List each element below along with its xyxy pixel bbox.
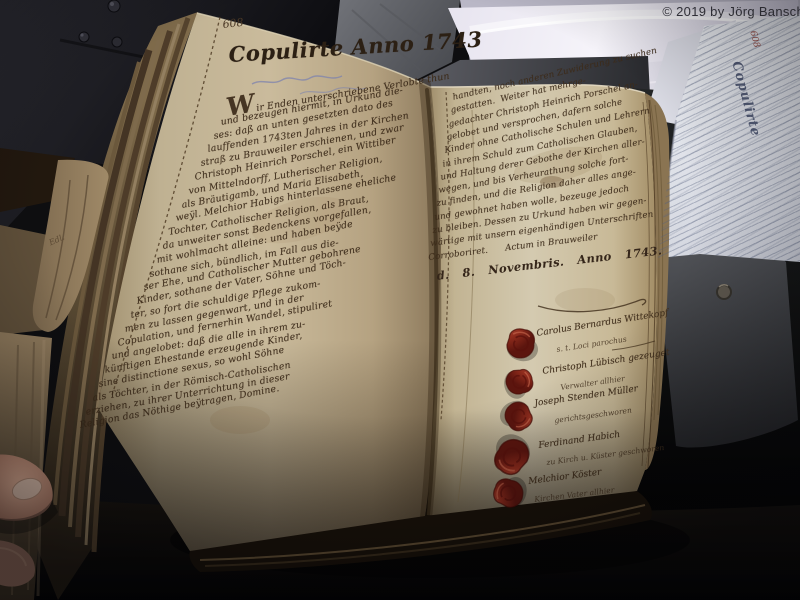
- stone-surface: [655, 246, 798, 448]
- copyright-watermark: © 2019 by Jörg Bansch: [662, 5, 800, 19]
- rivet: [717, 285, 731, 299]
- left-page-number: 608: [222, 17, 244, 31]
- photo-stage: © 2019 by Jörg Bansch 608 Copulirte Anno…: [0, 0, 800, 600]
